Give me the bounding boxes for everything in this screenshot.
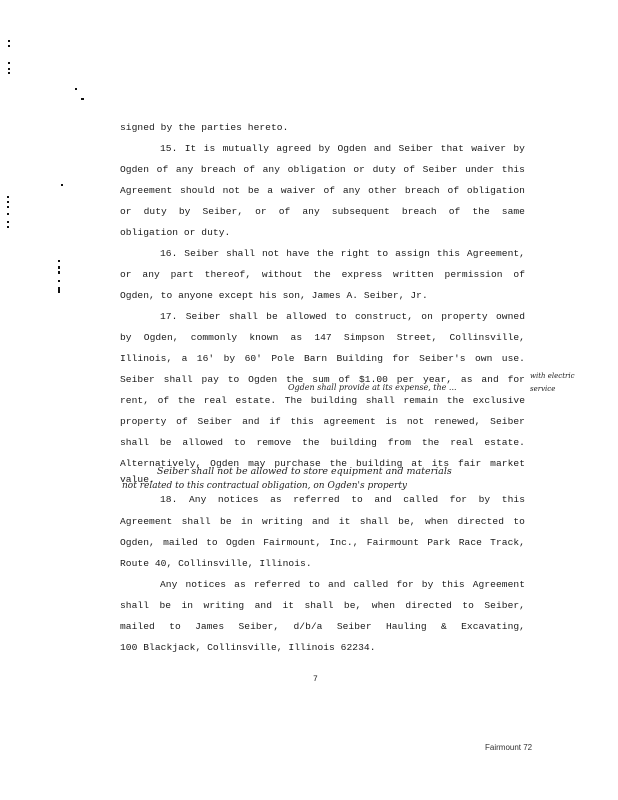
text-line: Ogden, to anyone except his son, James A… [120,290,525,302]
scan-mark [8,40,10,42]
text-line: Ogden, mailed to Ogden Fairmount, Inc., … [120,537,525,549]
scan-mark [7,196,9,198]
footer-bates-label: Fairmount 72 [485,743,532,752]
text-line: Agreement shall be in writing and it sha… [120,516,525,528]
scan-mark [58,280,60,282]
scan-mark [58,266,60,269]
text-line: Route 40, Collinsville, Illinois. [120,558,525,570]
scan-mark [8,62,10,64]
scan-mark [7,201,9,203]
text-line: by Ogden, commonly known as 147 Simpson … [120,332,525,344]
scan-mark [7,221,9,223]
text-line: obligation or duty. [120,227,525,239]
scan-mark [58,287,60,293]
text-line: signed by the parties hereto. [120,122,525,134]
text-line: Ogden of any breach of any obligation or… [120,164,525,176]
text-line: rent, of the real estate. The building s… [120,395,525,407]
scan-mark [7,213,9,215]
document-page: signed by the parties hereto. 15. It is … [0,0,618,800]
scan-mark [58,260,60,262]
text-line: property of Seiber and if this agreement… [120,416,525,428]
text-line: 100 Blackjack, Collinsville, Illinois 62… [120,642,525,654]
text-line: 17. Seiber shall be allowed to construct… [160,311,525,323]
text-line: 18. Any notices as referred to and calle… [160,494,525,506]
text-line: Any notices as referred to and called fo… [160,579,525,591]
text-line: or any part thereof, without the express… [120,269,525,281]
scan-mark [81,98,84,100]
page-number: 7 [313,675,318,684]
scan-mark [8,72,10,74]
scan-mark [7,206,9,208]
text-line: shall be in writing and it shall be, whe… [120,600,525,612]
scan-mark [58,271,60,274]
text-line: shall be allowed to remove the building … [120,437,525,449]
text-line: mailed to James Seiber, d/b/a Seiber Hau… [120,621,525,633]
handwritten-addition: not related to this contractual obligati… [122,481,407,491]
handwritten-margin-note: with electric service [530,370,590,396]
scan-mark [7,226,9,228]
scan-mark [75,88,77,90]
scan-mark [8,68,10,70]
text-line: 16. Seiber shall not have the right to a… [160,248,525,260]
text-line: 15. It is mutually agreed by Ogden and S… [160,143,525,155]
scan-mark [8,45,10,47]
text-line: or duty by Seiber, or of any subsequent … [120,206,525,218]
text-line: Agreement should not be a waiver of any … [120,185,525,197]
text-line: Illinois, a 16' by 60' Pole Barn Buildin… [120,353,525,365]
handwritten-insert: Ogden shall provide at its expense, the … [288,383,457,392]
handwritten-addition: Seiber shall not be allowed to store equ… [157,466,452,477]
scan-mark [61,184,63,186]
